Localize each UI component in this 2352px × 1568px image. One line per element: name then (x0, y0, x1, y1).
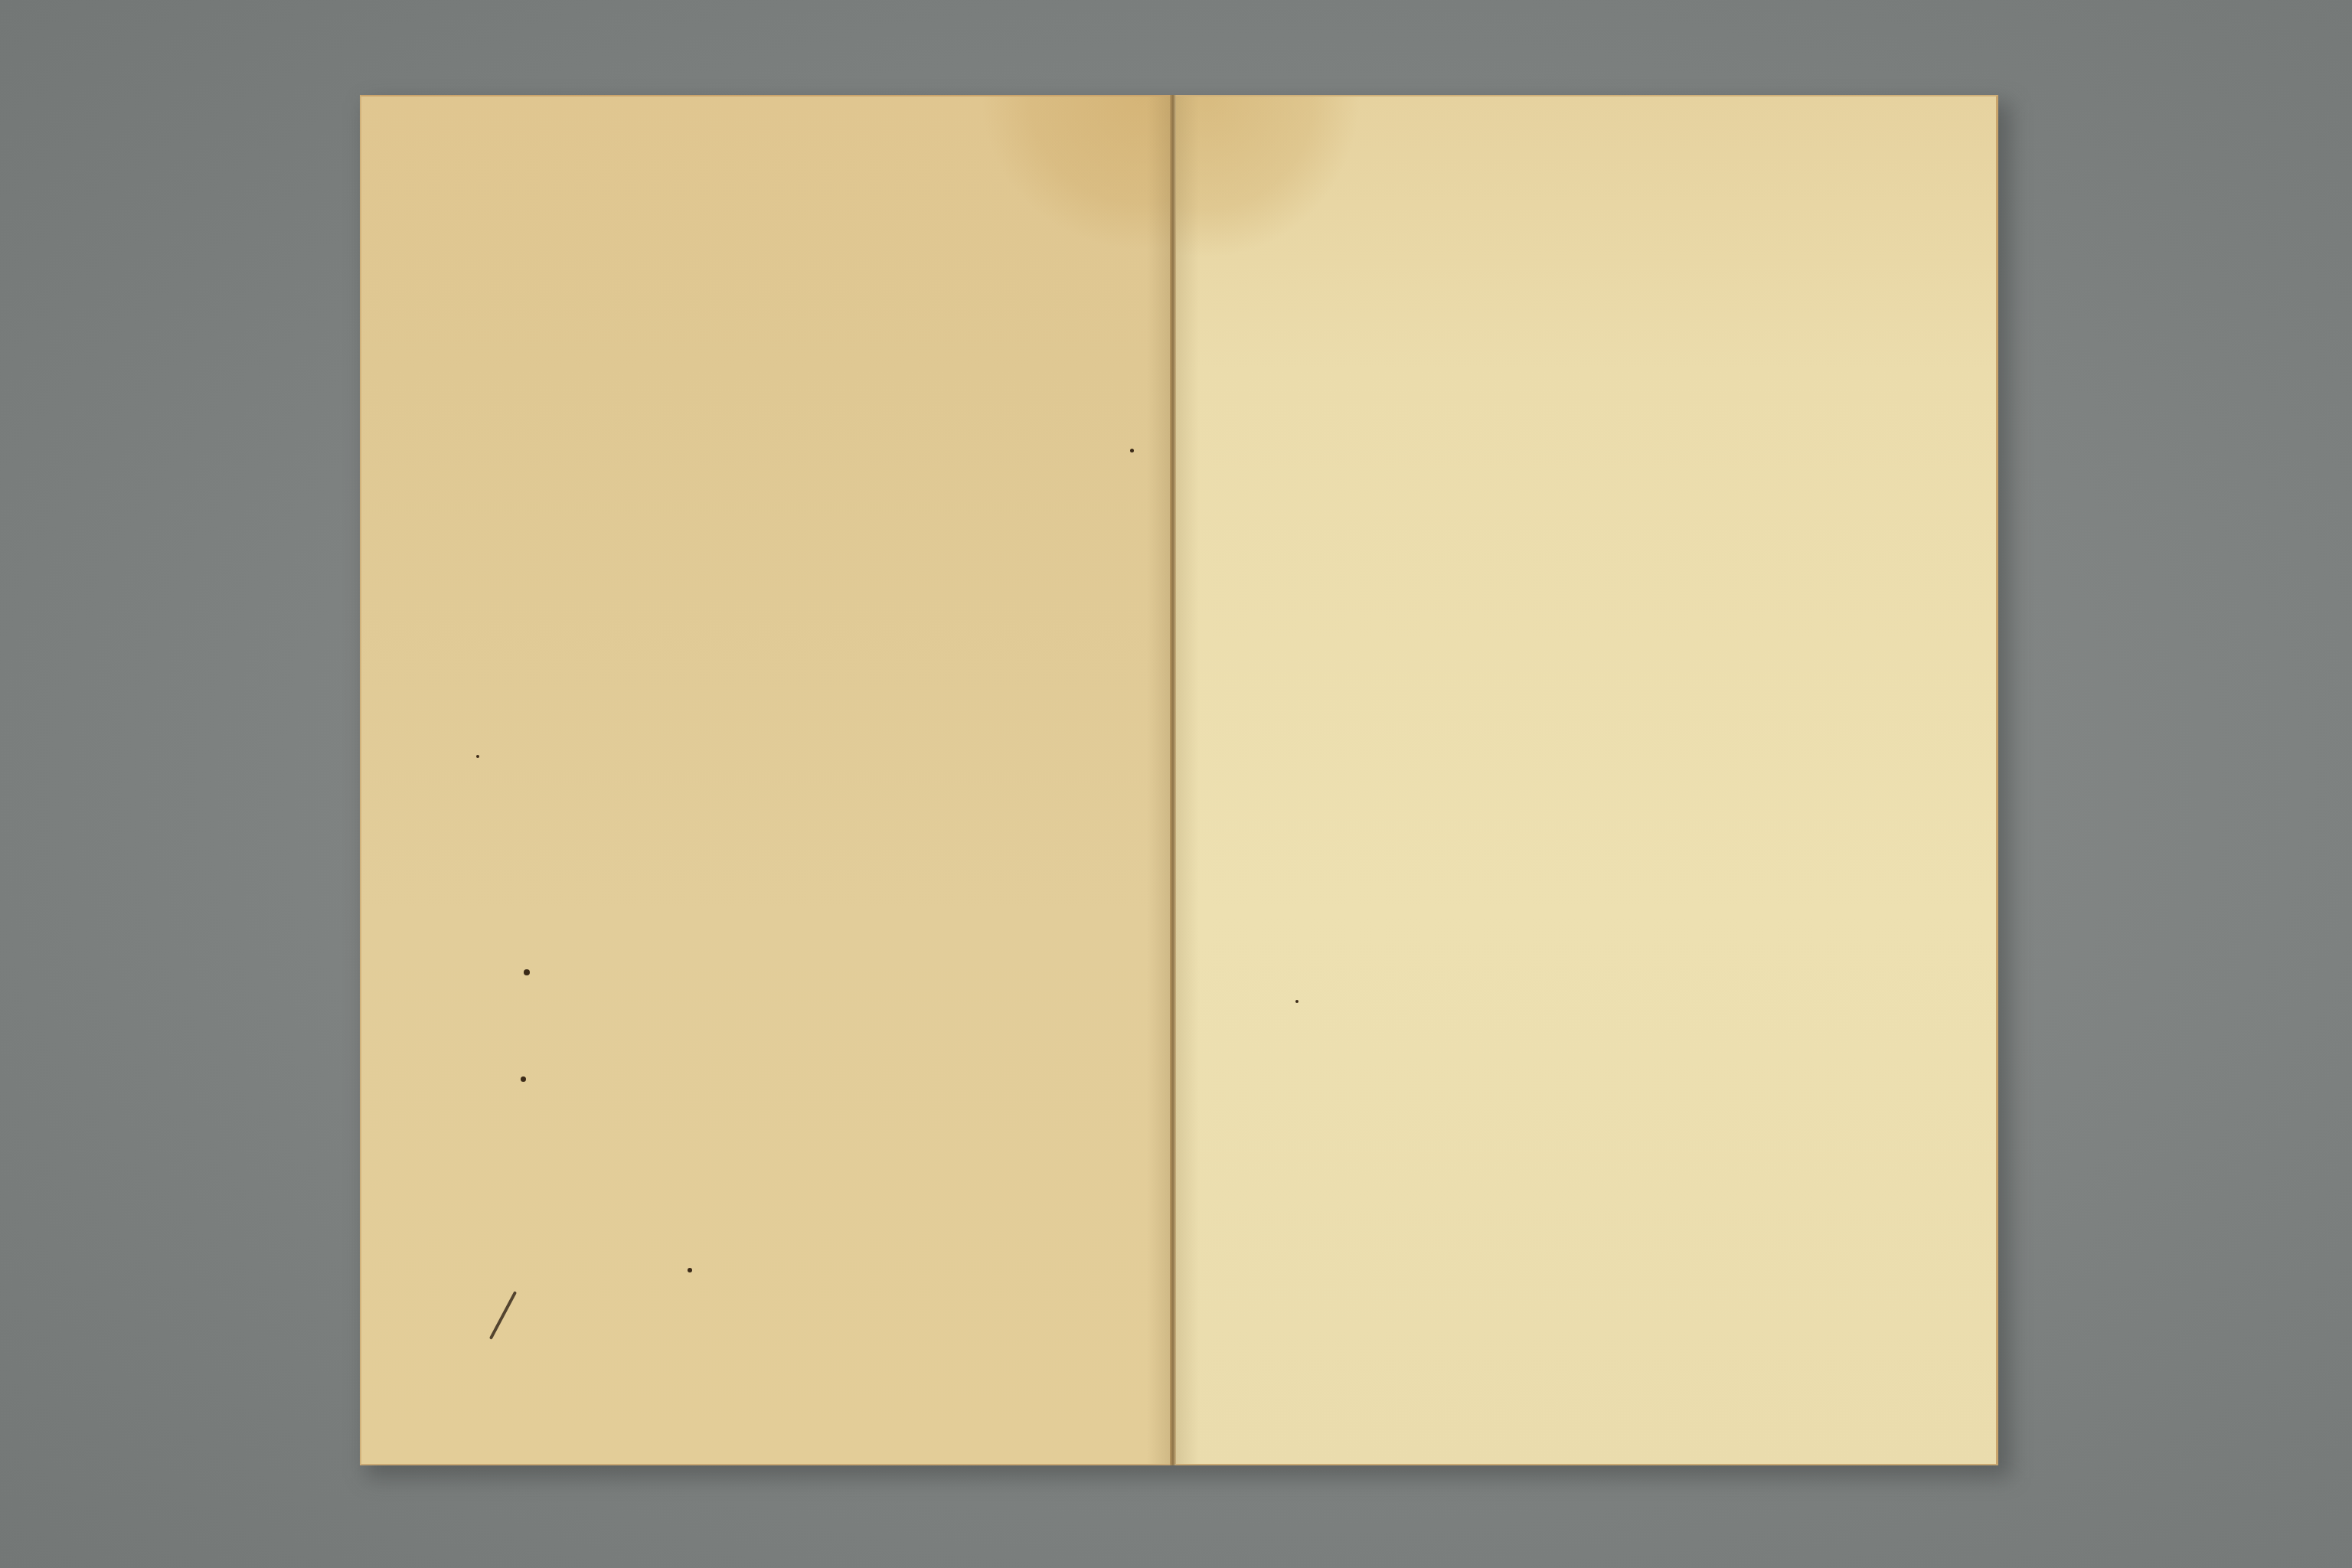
paper-fiber-mark (489, 1291, 517, 1340)
left-page (360, 95, 1170, 1465)
photo-scene (0, 0, 2352, 1568)
paper-speck (521, 1076, 526, 1082)
paper-speck (1295, 1000, 1298, 1003)
paper-speck (688, 1268, 692, 1272)
paper-speck (524, 969, 530, 975)
paper-speck (1130, 449, 1134, 452)
right-page (1176, 95, 1998, 1465)
book-gutter (1170, 95, 1176, 1465)
open-book (360, 95, 1998, 1465)
paper-speck (476, 755, 479, 758)
